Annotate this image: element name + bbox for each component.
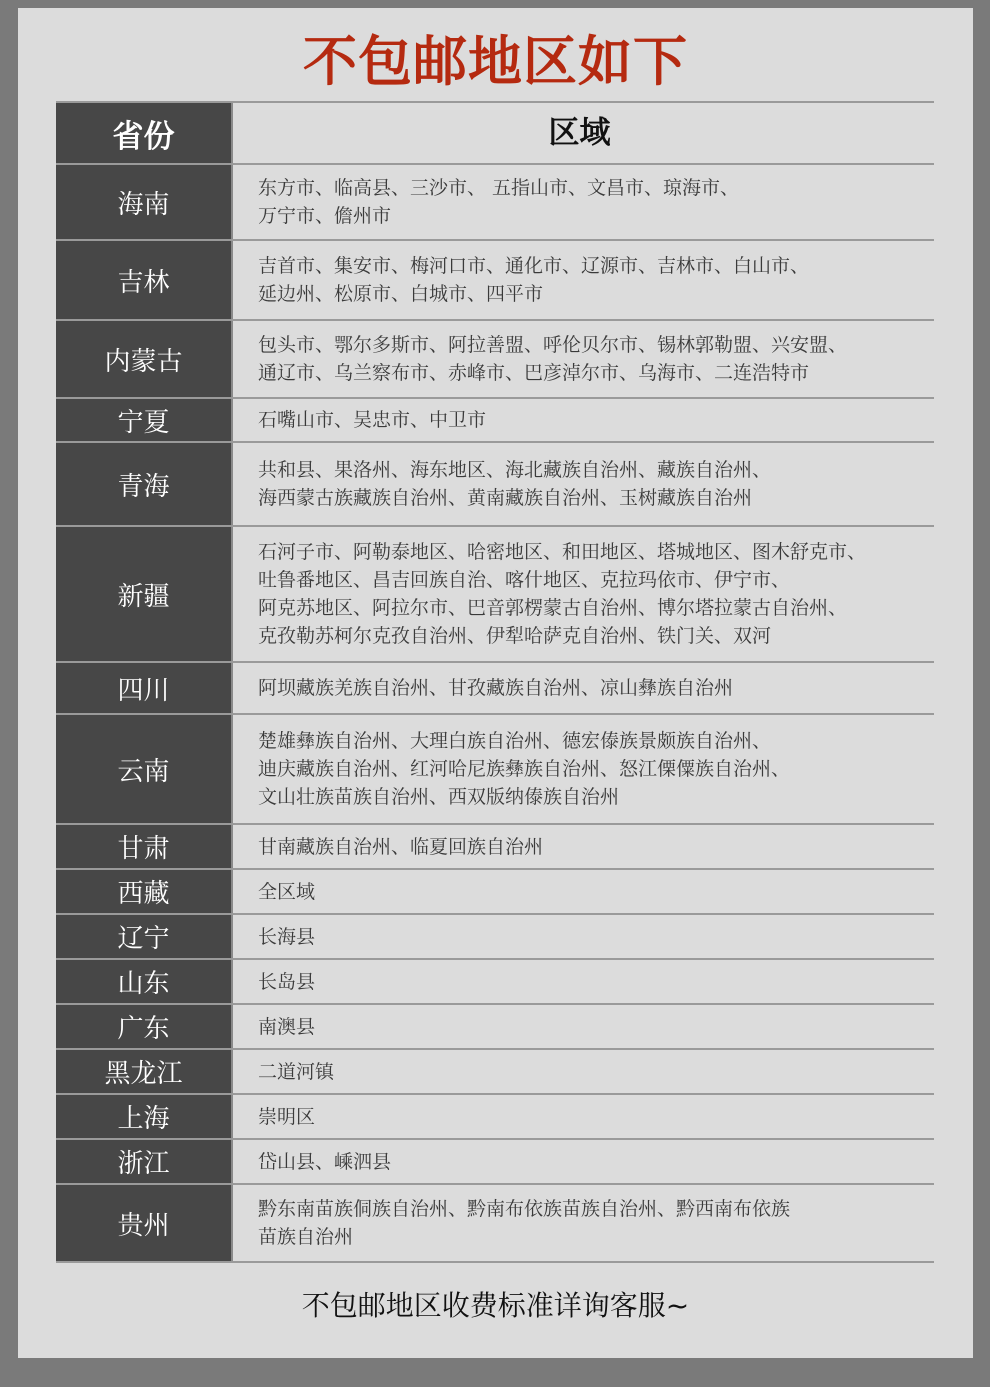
region-cell: 长海县 [233, 915, 934, 958]
table-row: 海南东方市、临高县、三沙市、 五指山市、文昌市、琼海市、 万宁市、儋州市 [56, 165, 934, 241]
province-cell: 四川 [56, 663, 233, 713]
table-row: 上海崇明区 [56, 1095, 934, 1140]
region-cell: 南澳县 [233, 1005, 934, 1048]
region-cell: 阿坝藏族羌族自治州、甘孜藏族自治州、凉山彝族自治州 [233, 663, 934, 713]
province-cell: 黑龙江 [56, 1050, 233, 1093]
table-row: 甘肃甘南藏族自治州、临夏回族自治州 [56, 825, 934, 870]
footer-note: 不包邮地区收费标准详询客服~ [18, 1286, 973, 1326]
region-cell: 甘南藏族自治州、临夏回族自治州 [233, 825, 934, 868]
region-cell: 二道河镇 [233, 1050, 934, 1093]
province-cell: 宁夏 [56, 399, 233, 441]
column-header-region: 区域 [233, 103, 934, 163]
region-cell: 崇明区 [233, 1095, 934, 1138]
table-row: 山东长岛县 [56, 960, 934, 1005]
table-row: 青海共和县、果洛州、海东地区、海北藏族自治州、藏族自治州、 海西蒙古族藏族自治州… [56, 443, 934, 527]
region-cell: 楚雄彝族自治州、大理白族自治州、德宏傣族景颇族自治州、 迪庆藏族自治州、红河哈尼… [233, 715, 934, 823]
province-cell: 海南 [56, 165, 233, 239]
region-cell: 全区域 [233, 870, 934, 913]
table-row: 贵州黔东南苗族侗族自治州、黔南布依族苗族自治州、黔西南布依族 苗族自治州 [56, 1185, 934, 1263]
province-cell: 青海 [56, 443, 233, 525]
table-row: 四川阿坝藏族羌族自治州、甘孜藏族自治州、凉山彝族自治州 [56, 663, 934, 715]
table-row: 云南楚雄彝族自治州、大理白族自治州、德宏傣族景颇族自治州、 迪庆藏族自治州、红河… [56, 715, 934, 825]
province-cell: 云南 [56, 715, 233, 823]
table-row: 广东南澳县 [56, 1005, 934, 1050]
shipping-exclusion-panel: 不包邮地区如下 省份 区域 海南东方市、临高县、三沙市、 五指山市、文昌市、琼海… [18, 8, 973, 1358]
region-cell: 长岛县 [233, 960, 934, 1003]
table-row: 西藏全区域 [56, 870, 934, 915]
region-cell: 东方市、临高县、三沙市、 五指山市、文昌市、琼海市、 万宁市、儋州市 [233, 165, 934, 239]
province-cell: 上海 [56, 1095, 233, 1138]
province-cell: 浙江 [56, 1140, 233, 1183]
region-cell: 岱山县、嵊泗县 [233, 1140, 934, 1183]
table-header-row: 省份 区域 [56, 103, 934, 165]
table-row: 宁夏石嘴山市、吴忠市、中卫市 [56, 399, 934, 443]
region-cell: 黔东南苗族侗族自治州、黔南布依族苗族自治州、黔西南布依族 苗族自治州 [233, 1185, 934, 1261]
excluded-regions-table: 省份 区域 海南东方市、临高县、三沙市、 五指山市、文昌市、琼海市、 万宁市、儋… [56, 101, 934, 1263]
province-cell: 辽宁 [56, 915, 233, 958]
table-body: 海南东方市、临高县、三沙市、 五指山市、文昌市、琼海市、 万宁市、儋州市吉林吉首… [56, 165, 934, 1263]
region-cell: 吉首市、集安市、梅河口市、通化市、辽源市、吉林市、白山市、 延边州、松原市、白城… [233, 241, 934, 319]
region-cell: 石河子市、阿勒泰地区、哈密地区、和田地区、塔城地区、图木舒克市、 吐鲁番地区、昌… [233, 527, 934, 661]
province-cell: 西藏 [56, 870, 233, 913]
province-cell: 内蒙古 [56, 321, 233, 397]
column-header-province: 省份 [56, 103, 233, 163]
table-row: 辽宁长海县 [56, 915, 934, 960]
province-cell: 广东 [56, 1005, 233, 1048]
region-cell: 石嘴山市、吴忠市、中卫市 [233, 399, 934, 441]
table-row: 内蒙古包头市、鄂尔多斯市、阿拉善盟、呼伦贝尔市、锡林郭勒盟、兴安盟、 通辽市、乌… [56, 321, 934, 399]
region-cell: 包头市、鄂尔多斯市、阿拉善盟、呼伦贝尔市、锡林郭勒盟、兴安盟、 通辽市、乌兰察布… [233, 321, 934, 397]
page-title: 不包邮地区如下 [18, 30, 973, 94]
province-cell: 新疆 [56, 527, 233, 661]
table-row: 浙江岱山县、嵊泗县 [56, 1140, 934, 1185]
table-row: 吉林吉首市、集安市、梅河口市、通化市、辽源市、吉林市、白山市、 延边州、松原市、… [56, 241, 934, 321]
province-cell: 贵州 [56, 1185, 233, 1261]
table-row: 黑龙江二道河镇 [56, 1050, 934, 1095]
table-row: 新疆石河子市、阿勒泰地区、哈密地区、和田地区、塔城地区、图木舒克市、 吐鲁番地区… [56, 527, 934, 663]
province-cell: 吉林 [56, 241, 233, 319]
province-cell: 甘肃 [56, 825, 233, 868]
region-cell: 共和县、果洛州、海东地区、海北藏族自治州、藏族自治州、 海西蒙古族藏族自治州、黄… [233, 443, 934, 525]
province-cell: 山东 [56, 960, 233, 1003]
